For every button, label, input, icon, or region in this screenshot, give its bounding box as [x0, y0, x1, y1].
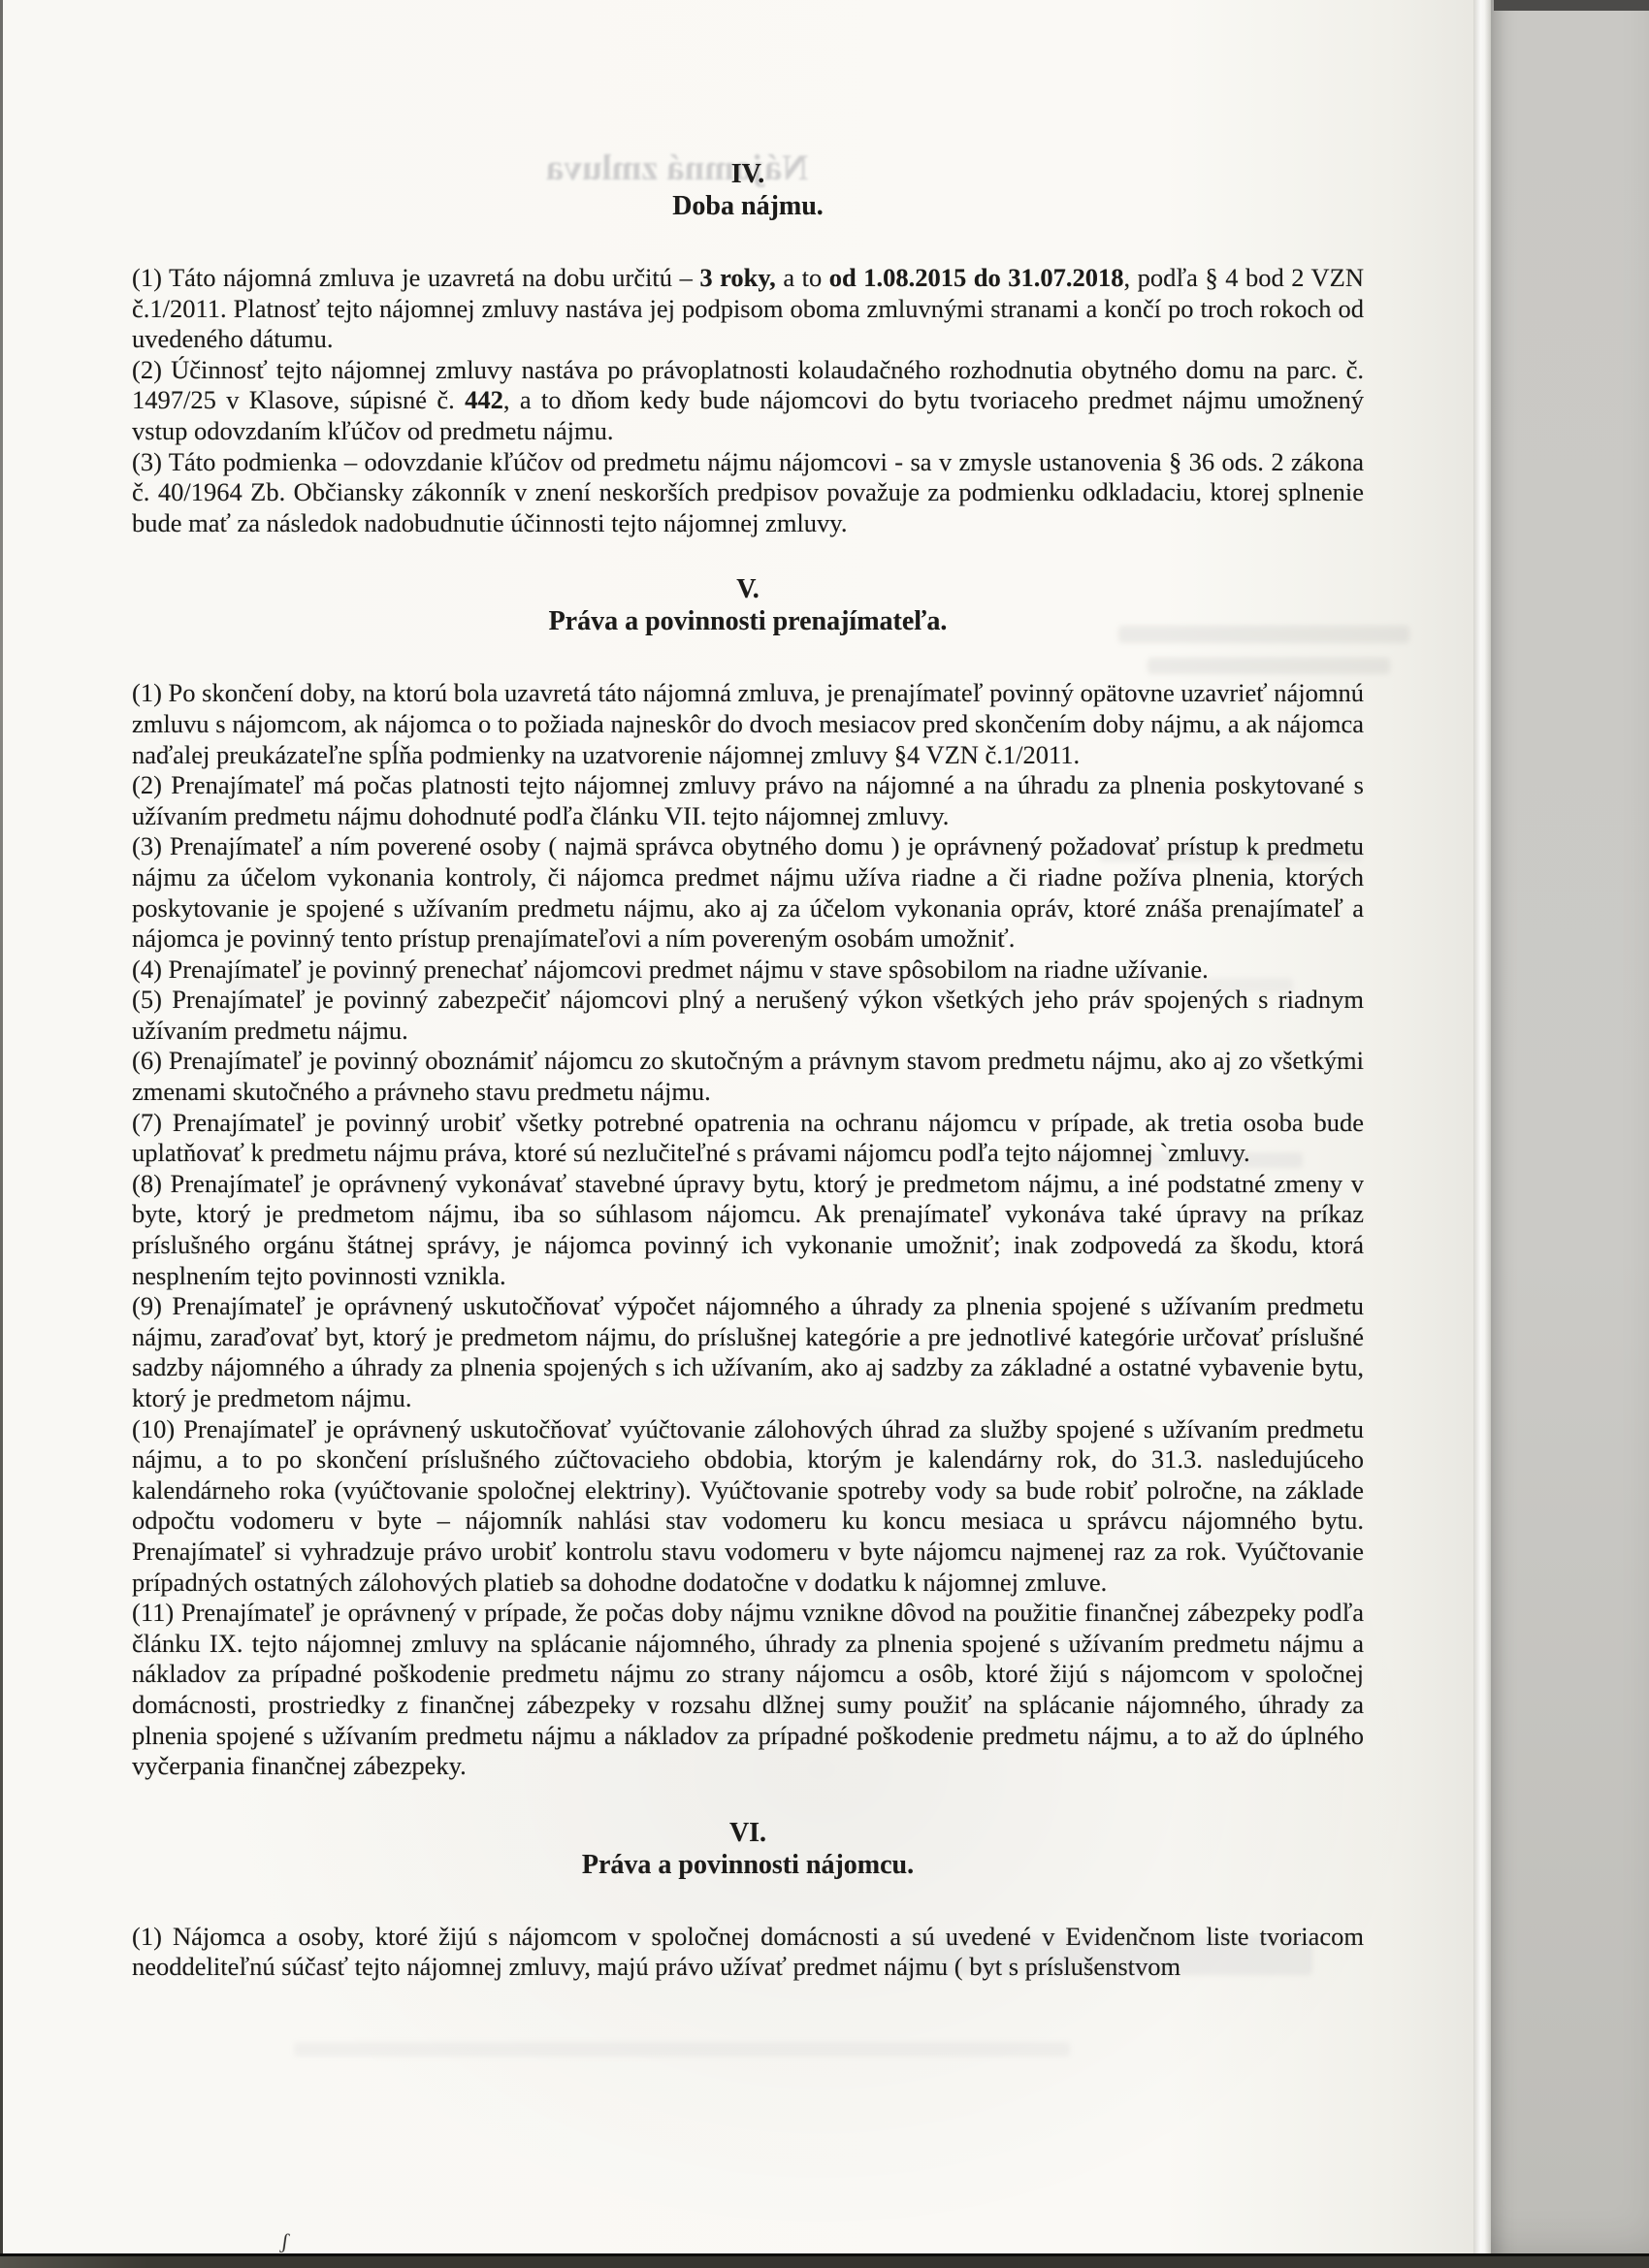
bleedthrough-smudge	[294, 2042, 1070, 2057]
scan-top-edge	[1494, 0, 1649, 11]
body-text: (6) Prenajímateľ je povinný oboznámiť ná…	[132, 1046, 1364, 1106]
body-text: (7) Prenajímateľ je povinný urobiť všetk…	[132, 1108, 1364, 1168]
contract-paragraph: (1) Táto nájomná zmluva je uzavretá na d…	[132, 263, 1364, 355]
body-text: (1) Táto nájomná zmluva je uzavretá na d…	[132, 263, 699, 292]
contract-paragraph: (3) Táto podmienka – odovzdanie kľúčov o…	[132, 447, 1364, 539]
contract-paragraph: (8) Prenajímateľ je oprávnený vykonávať …	[132, 1169, 1364, 1291]
document-content: IV.Doba nájmu.(1) Táto nájomná zmluva je…	[132, 0, 1364, 1983]
body-text: (1) Nájomca a osoby, ktoré žijú s nájomc…	[132, 1922, 1364, 1982]
body-text: (2) Prenajímateľ má počas platnosti tejt…	[132, 770, 1364, 830]
contract-paragraph: (2) Prenajímateľ má počas platnosti tejt…	[132, 770, 1364, 831]
contract-paragraph: (11) Prenajímateľ je oprávnený v prípade…	[132, 1598, 1364, 1782]
section-title: Práva a povinnosti nájomcu.	[132, 1849, 1364, 1881]
body-text: (4) Prenajímateľ je povinný prenechať ná…	[132, 955, 1209, 984]
emphasized-text: 3 roky,	[699, 263, 775, 292]
contract-paragraph: (1) Po skončení doby, na ktorú bola uzav…	[132, 678, 1364, 770]
scan-left-edge	[0, 0, 3, 2268]
body-text: (10) Prenajímateľ je oprávnený uskutočňo…	[132, 1414, 1364, 1597]
body-text: a to	[776, 263, 829, 292]
contract-paragraph: (1) Nájomca a osoby, ktoré žijú s nájomc…	[132, 1922, 1364, 1983]
body-text: (1) Po skončení doby, na ktorú bola uzav…	[132, 678, 1364, 768]
emphasized-text: 442	[465, 385, 503, 414]
scan-bottom-edge	[0, 2253, 1649, 2268]
section-title: Práva a povinnosti prenajímateľa.	[132, 605, 1364, 637]
section-number: V.	[132, 573, 1364, 605]
scanner-background	[1491, 0, 1649, 2268]
contract-paragraph: (5) Prenajímateľ je povinný zabezpečiť n…	[132, 985, 1364, 1046]
body-text: (9) Prenajímateľ je oprávnený uskutočňov…	[132, 1291, 1364, 1412]
body-text: (3) Prenajímateľ a ním poverené osoby ( …	[132, 831, 1364, 953]
section-number: IV.	[132, 158, 1364, 190]
section-heading: V.Práva a povinnosti prenajímateľa.	[132, 573, 1364, 637]
contract-paragraph: (3) Prenajímateľ a ním poverené osoby ( …	[132, 831, 1364, 954]
body-text: (8) Prenajímateľ je oprávnený vykonávať …	[132, 1169, 1364, 1290]
body-text: (11) Prenajímateľ je oprávnený v prípade…	[132, 1598, 1364, 1780]
body-text: (5) Prenajímateľ je povinný zabezpečiť n…	[132, 985, 1364, 1045]
body-text: (3) Táto podmienka – odovzdanie kľúčov o…	[132, 447, 1364, 537]
emphasized-text: od 1.08.2015 do 31.07.2018	[829, 263, 1124, 292]
contract-paragraph: (7) Prenajímateľ je povinný urobiť všetk…	[132, 1108, 1364, 1169]
section-number: VI.	[132, 1817, 1364, 1849]
section-heading: VI.Práva a povinnosti nájomcu.	[132, 1817, 1364, 1881]
section-title: Doba nájmu.	[132, 190, 1364, 222]
document-page: Nájomná zmluva IV.Doba nájmu.(1) Táto ná…	[3, 0, 1491, 2268]
scan-artifact: ʃ	[279, 2229, 290, 2255]
contract-paragraph: (4) Prenajímateľ je povinný prenechať ná…	[132, 955, 1364, 986]
contract-paragraph: (10) Prenajímateľ je oprávnený uskutočňo…	[132, 1414, 1364, 1599]
contract-paragraph: (2) Účinnosť tejto nájomnej zmluvy nastá…	[132, 355, 1364, 447]
contract-paragraph: (9) Prenajímateľ je oprávnený uskutočňov…	[132, 1291, 1364, 1413]
contract-paragraph: (6) Prenajímateľ je povinný oboznámiť ná…	[132, 1046, 1364, 1107]
section-heading: IV.Doba nájmu.	[132, 158, 1364, 222]
